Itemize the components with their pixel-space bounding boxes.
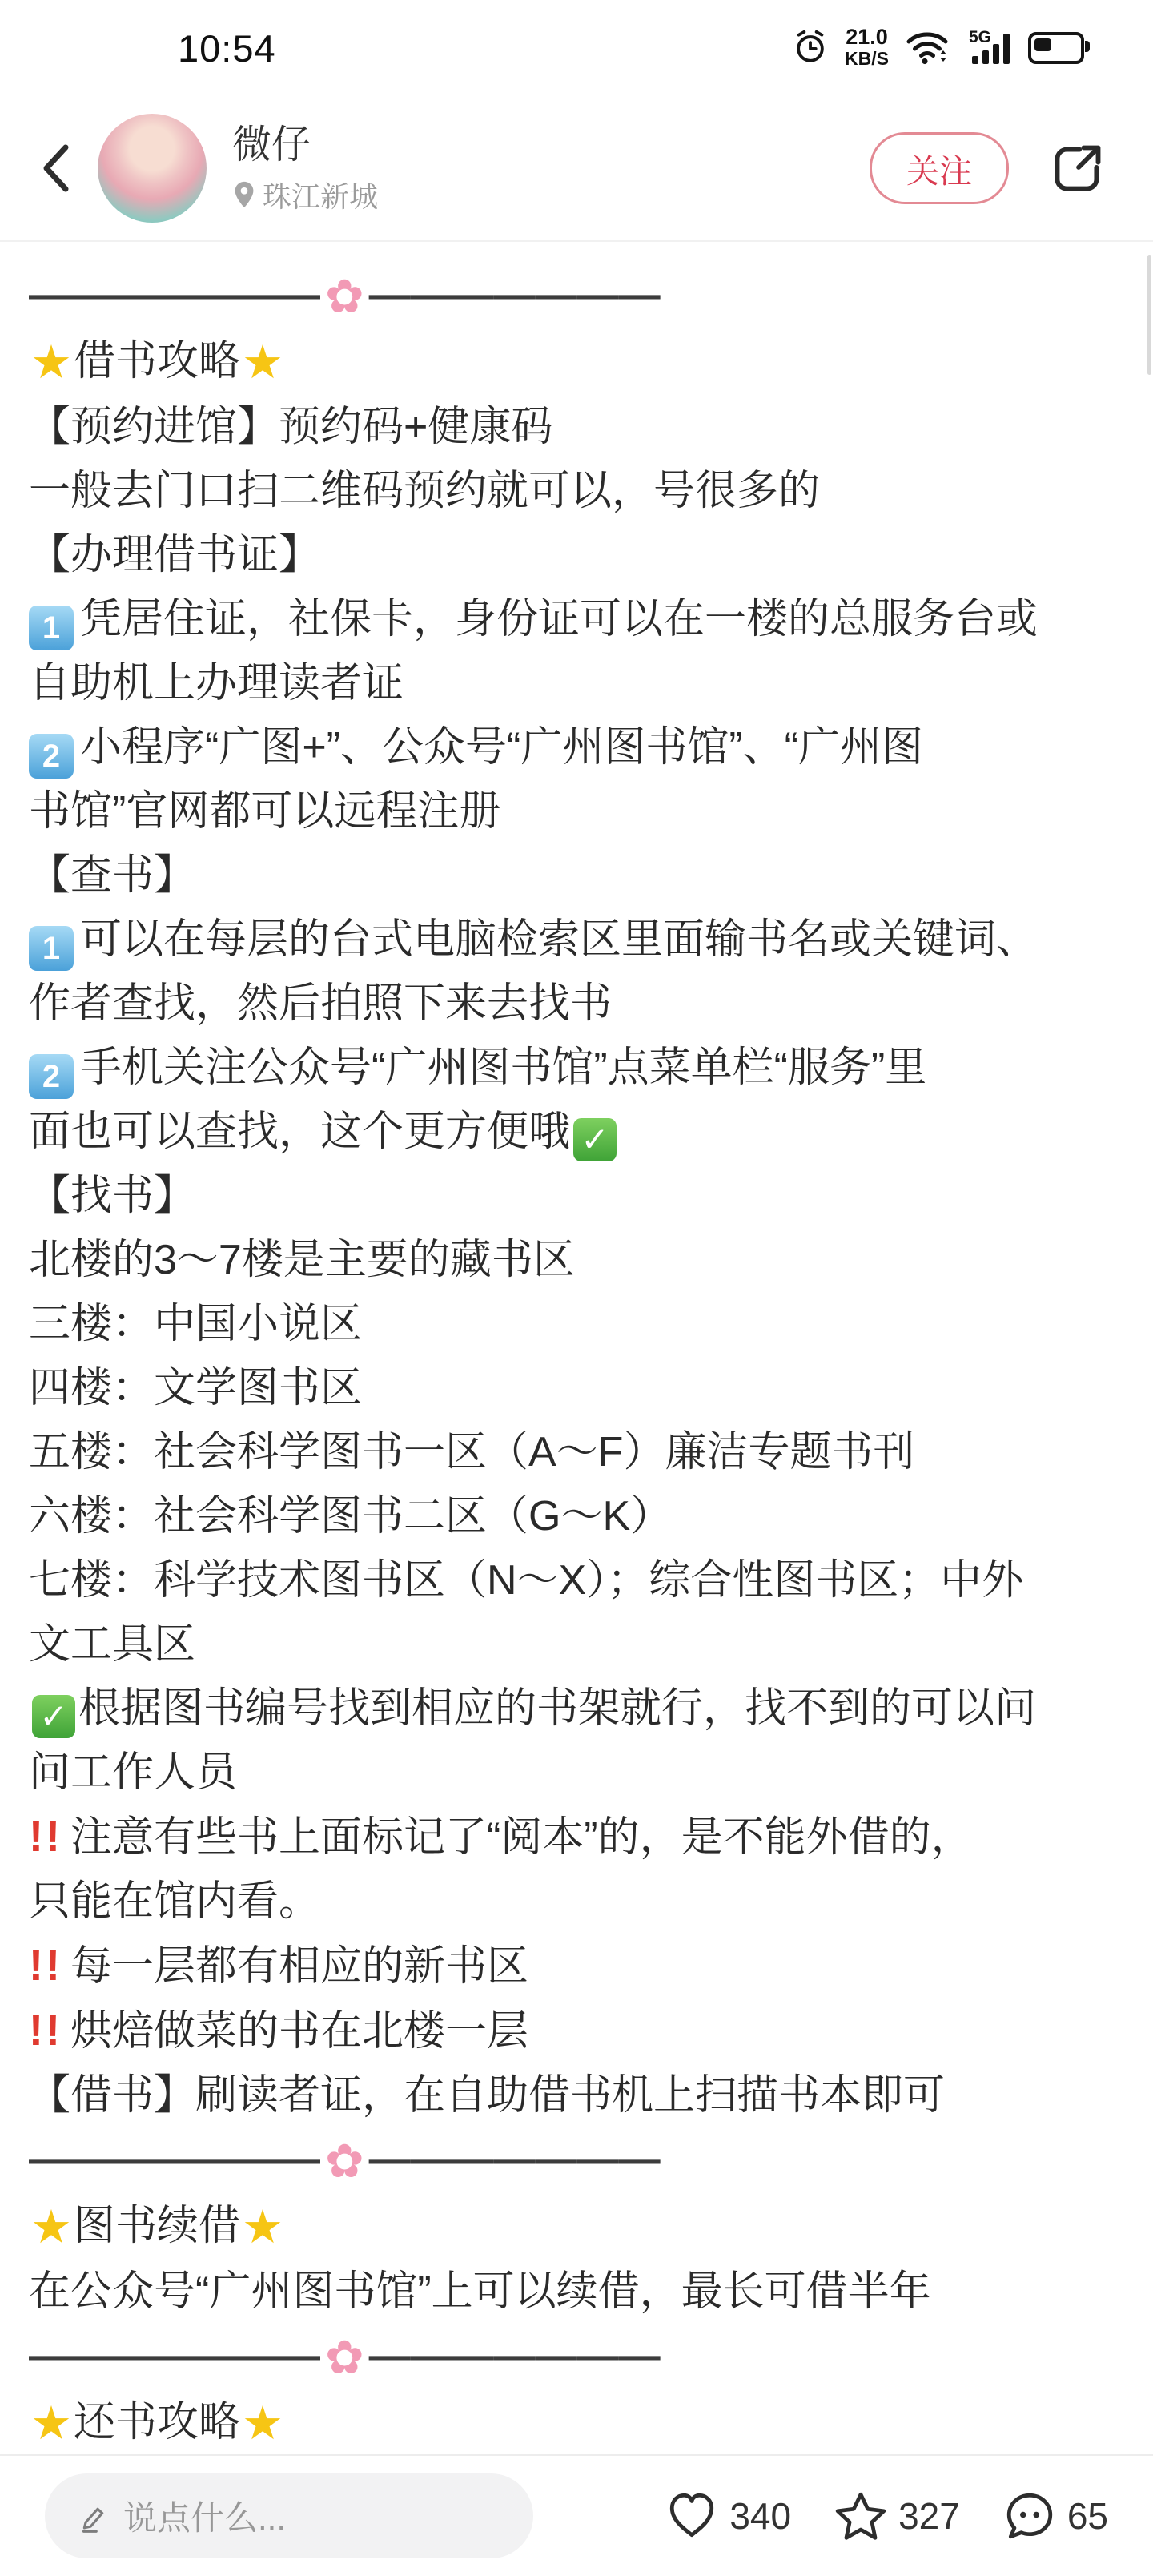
content-line: 五楼：社会科学图书一区（A～F）廉洁专题书刊 xyxy=(0,1420,1153,1484)
post-content: ———————✿———————★借书攻略★【预约进馆】预约码+健康码一般去门口扫… xyxy=(0,242,1153,2456)
content-line: 【预约进馆】预约码+健康码 xyxy=(0,395,1153,459)
check-mark-emoji: ✓ xyxy=(573,1118,617,1161)
content-line: 作者查找，然后拍照下来去找书 xyxy=(0,972,1153,1036)
location-row: 珠江新城 xyxy=(232,175,870,215)
content-line: 【找书】 xyxy=(0,1164,1153,1228)
cherry-blossom-emoji: ✿ xyxy=(325,2326,364,2390)
glowing-star-emoji: ★ xyxy=(242,2392,283,2456)
svg-text:5G: 5G xyxy=(969,28,991,46)
content-line: 1凭居住证，社保卡，身份证可以在一楼的总服务台或 xyxy=(0,587,1153,651)
cherry-blossom-emoji: ✿ xyxy=(325,265,364,329)
user-meta: 微仔 珠江新城 xyxy=(232,122,870,215)
star-icon xyxy=(834,2489,887,2542)
content-line: 【借书】刷读者证，在自助借书机上扫描书本即可 xyxy=(0,2063,1153,2127)
user-avatar[interactable] xyxy=(98,114,207,223)
content-line: 文工具区 xyxy=(0,1612,1153,1676)
bottom-bar: 说点什么... 340 327 65 xyxy=(0,2454,1153,2576)
content-line: 三楼：中国小说区 xyxy=(0,1292,1153,1356)
content-line: 自助机上办理读者证 xyxy=(0,651,1153,715)
content-line: 七楼：科学技术图书区（N～X）；综合性图书区；中外 xyxy=(0,1548,1153,1612)
content-line: 在公众号“广州图书馆”上可以续借，最长可借半年 xyxy=(0,2260,1153,2324)
double-exclamation-emoji: !! xyxy=(29,1934,62,1998)
wifi-icon xyxy=(905,27,950,70)
scrollbar-thumb[interactable] xyxy=(1147,255,1151,375)
content-line: 书馆”官网都可以远程注册 xyxy=(0,779,1153,843)
comment-count: 65 xyxy=(1067,2494,1108,2538)
chevron-left-icon xyxy=(38,142,72,195)
comment-placeholder: 说点什么... xyxy=(123,2492,286,2540)
content-line: 北楼的3～7楼是主要的藏书区 xyxy=(0,1228,1153,1292)
share-button[interactable] xyxy=(1051,141,1105,195)
content-divider-line: ———————✿——————— xyxy=(0,2127,1153,2194)
battery-icon xyxy=(1028,32,1084,64)
content-line: ★还书攻略★ xyxy=(0,2390,1153,2456)
collect-button[interactable]: 327 xyxy=(834,2489,960,2542)
double-exclamation-emoji: !! xyxy=(29,1998,62,2063)
share-icon xyxy=(1051,141,1105,195)
content-divider-line: ———————✿——————— xyxy=(0,2324,1153,2390)
content-line: 2手机关注公众号“广州图书馆”点菜单栏“服务”里 xyxy=(0,1036,1153,1100)
username: 微仔 xyxy=(232,122,870,168)
content-line: 问工作人员 xyxy=(0,1741,1153,1805)
collect-count: 327 xyxy=(898,2494,960,2538)
content-line: !!烘焙做菜的书在北楼一层 xyxy=(0,1998,1153,2063)
cellular-signal-icon: 5G xyxy=(966,27,1012,70)
content-line: ✓根据图书编号找到相应的书架就行，找不到的可以问 xyxy=(0,1676,1153,1741)
keycap-2-emoji: 2 xyxy=(29,734,74,779)
location-label: 珠江新城 xyxy=(263,175,378,215)
status-bar: 10:54 21.0 KB/S xyxy=(0,0,1153,96)
keycap-1-emoji: 1 xyxy=(29,926,74,971)
keycap-1-emoji: 1 xyxy=(29,606,74,650)
pencil-icon xyxy=(75,2499,109,2533)
glowing-star-emoji: ★ xyxy=(30,331,72,395)
like-button[interactable]: 340 xyxy=(665,2489,791,2542)
content-line: 六楼：社会科学图书二区（G～K） xyxy=(0,1484,1153,1548)
glowing-star-emoji: ★ xyxy=(242,331,283,395)
glowing-star-emoji: ★ xyxy=(30,2392,72,2456)
content-line: 【查书】 xyxy=(0,843,1153,908)
content-line: ★借书攻略★ xyxy=(0,329,1153,395)
alarm-icon xyxy=(792,28,829,69)
keycap-2-emoji: 2 xyxy=(29,1054,74,1099)
content-line: !!注意有些书上面标记了“阅本”的，是不能外借的， xyxy=(0,1805,1153,1870)
map-pin-icon xyxy=(232,179,256,210)
glowing-star-emoji: ★ xyxy=(30,2196,72,2260)
content-divider-line: ———————✿——————— xyxy=(0,263,1153,329)
content-line: 1可以在每层的台式电脑检索区里面输书名或关键词、 xyxy=(0,908,1153,972)
content-line: 面也可以查找，这个更方便哦✓ xyxy=(0,1100,1153,1164)
comment-button[interactable]: 65 xyxy=(1003,2489,1108,2542)
double-exclamation-emoji: !! xyxy=(29,1805,62,1869)
content-line: 只能在馆内看。 xyxy=(0,1870,1153,1934)
follow-button[interactable]: 关注 xyxy=(870,132,1009,204)
status-time: 10:54 xyxy=(178,26,276,70)
content-line: 2小程序“广图+”、公众号“广州图书馆”、“广州图 xyxy=(0,715,1153,779)
post-header: 微仔 珠江新城 关注 xyxy=(0,96,1153,242)
glowing-star-emoji: ★ xyxy=(242,2196,283,2260)
chat-bubble-icon xyxy=(1003,2489,1056,2542)
comment-input[interactable]: 说点什么... xyxy=(45,2473,533,2558)
network-speed: 21.0 KB/S xyxy=(845,26,889,70)
check-mark-emoji: ✓ xyxy=(32,1695,75,1738)
content-line: 一般去门口扫二维码预约就可以，号很多的 xyxy=(0,459,1153,523)
cherry-blossom-emoji: ✿ xyxy=(325,2130,364,2194)
engagement-actions: 340 327 65 xyxy=(665,2489,1108,2542)
back-button[interactable] xyxy=(38,142,75,195)
heart-icon xyxy=(665,2489,718,2542)
content-line: 四楼：文学图书区 xyxy=(0,1356,1153,1420)
like-count: 340 xyxy=(729,2494,791,2538)
status-icons: 21.0 KB/S 5G xyxy=(792,26,1084,70)
content-line: 【办理借书证】 xyxy=(0,523,1153,587)
app-screen: 10:54 21.0 KB/S xyxy=(0,0,1153,2576)
content-line: ★图书续借★ xyxy=(0,2194,1153,2260)
content-line: !!每一层都有相应的新书区 xyxy=(0,1934,1153,1998)
